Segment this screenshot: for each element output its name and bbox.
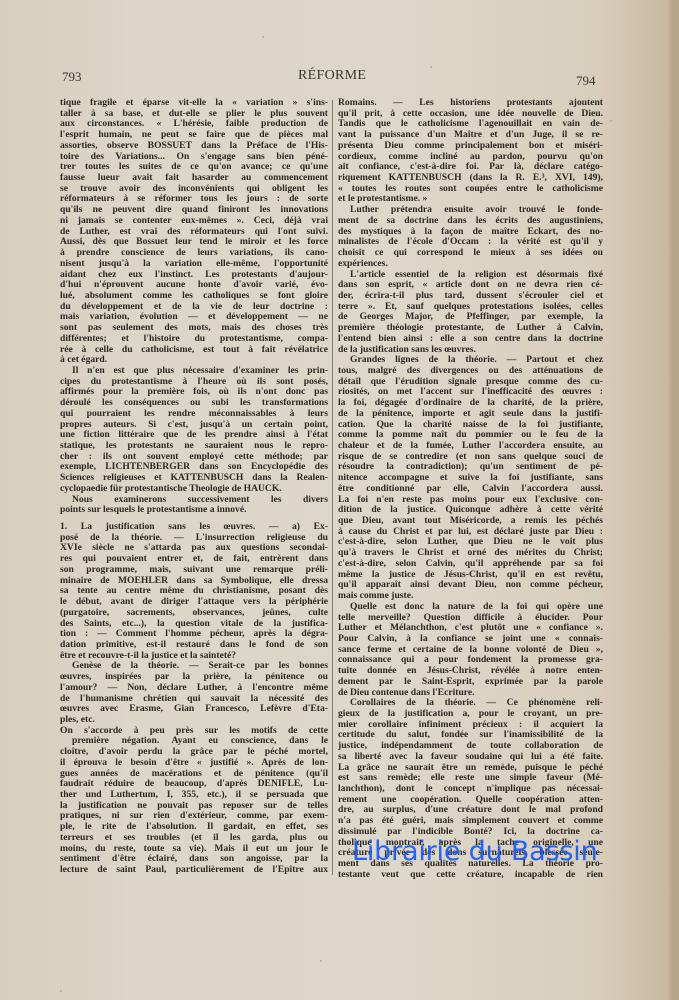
text-line: rée à celle du catholicisme, est tout à … bbox=[60, 345, 328, 356]
text-line: taller à sa base, et dut-elle se plier l… bbox=[60, 109, 328, 120]
text-line: que Dieu, avant tout Miséricorde, a remi… bbox=[338, 516, 603, 527]
text-line: de Dieu contenue dans l'Ecriture. bbox=[338, 688, 603, 699]
text-line: justice, indépendamment de toute collabo… bbox=[338, 741, 603, 752]
text-line: une fiction littéraire que de les prendr… bbox=[60, 430, 328, 441]
text-line: vant la puissance d'un Maître et d'un Ju… bbox=[338, 130, 603, 141]
text-line: ple, le rite de l'absolution. Il gardait… bbox=[60, 822, 328, 833]
page-edge-shadow bbox=[667, 0, 679, 1000]
text-line: Luther prétendra ensuite avoir trouvé le… bbox=[338, 205, 603, 216]
text-line: rement une coopération. Quelle coopérati… bbox=[338, 795, 603, 806]
text-line: ther und Luthertum, I, 355, etc.), il se… bbox=[60, 790, 328, 801]
text-line: ait confiance, c'est-à-dire foi. Par là,… bbox=[338, 162, 603, 173]
text-line: cipes du protestantisme à l'heure où ils… bbox=[60, 377, 328, 388]
text-line: faudrait réduire de beaucoup, d'après DE… bbox=[60, 779, 328, 790]
running-header: 793 RÉFORME 794 bbox=[62, 66, 598, 86]
text-line: et le protestantisme. » bbox=[338, 194, 603, 205]
text-line: On s'accorde à peu près sur les motifs d… bbox=[60, 726, 328, 737]
text-line: expériences. bbox=[338, 259, 603, 270]
text-line: La foi n'en reste pas moins pour eux l'e… bbox=[338, 495, 603, 506]
text-line: Sciences religieuses et KATTENBUSCH dans… bbox=[60, 473, 328, 484]
text-line: choisit ce qui correspond le mieux à ses… bbox=[338, 248, 603, 259]
text-line: La grâce ne saurait être un remède, puis… bbox=[338, 763, 603, 774]
text-line: qui pourraient les rendre méconnaissable… bbox=[60, 409, 328, 420]
text-line: pratiques, ni sur rien d'extérieur, comm… bbox=[60, 811, 328, 822]
text-line: exemple, LICHTENBERGER dans son Encyclop… bbox=[60, 462, 328, 473]
text-line: assorties, observe BOSSUET dans la Préfa… bbox=[60, 141, 328, 152]
text-line: statique, les protestants ne sauraient n… bbox=[60, 441, 328, 452]
page-number-left: 793 bbox=[62, 69, 82, 85]
text-line: cyclopaedie für protestantische Theologi… bbox=[60, 484, 328, 495]
text-line: res qui pouvaient entrer et, de fait, en… bbox=[60, 554, 328, 565]
text-line: Romains. — Les historiens protestants aj… bbox=[338, 98, 603, 109]
paper-speck bbox=[320, 960, 322, 962]
left-column-text: tique fragile et éparse vit-elle la « va… bbox=[60, 98, 328, 876]
text-line: qu'il prit, à cette occasion, une idée n… bbox=[338, 109, 603, 120]
text-line: testante veut que cette créature, incapa… bbox=[338, 870, 603, 881]
text-line: résoudre la contradiction); qu'un sentim… bbox=[338, 462, 603, 473]
text-line: telle merveille? Question difficile à él… bbox=[338, 613, 603, 624]
text-line: être conditionné par elle, Calvin l'acco… bbox=[338, 484, 603, 495]
text-line: gues années de macérations et de péniten… bbox=[60, 769, 328, 780]
text-line: des Saints, etc...), la question vitale … bbox=[60, 619, 328, 630]
text-line: ni jamais se contenter eux-mêmes ». Ceci… bbox=[60, 216, 328, 227]
text-line: toire des Variations... On s'engage sans… bbox=[60, 152, 328, 163]
text-line: affirmés pour la première fois, où ils n… bbox=[60, 387, 328, 398]
paper-speck bbox=[610, 120, 612, 122]
text-line: Grandes lignes de la théorie. — Partout … bbox=[338, 355, 603, 366]
text-line: mier corollaire infiniment précieux : il… bbox=[338, 720, 603, 731]
text-line: risque de se contredire (et non sans que… bbox=[338, 452, 603, 463]
text-line: Pour Calvin, à la confiance se joint une… bbox=[338, 634, 603, 645]
text-line: moins, du reste, toute sa vie). Mais il … bbox=[60, 844, 328, 855]
text-line: l'esprit humain, ne peut se faire que de… bbox=[60, 130, 328, 141]
text-line: dans son esprit, « article dont on ne de… bbox=[338, 280, 603, 291]
text-line: 1. La justification sans les œuvres. — a… bbox=[60, 522, 328, 533]
text-line: qu'il apparaît ainsi devant Dieu, non co… bbox=[338, 580, 603, 591]
text-line: des mystiques à la façon de maître Eckar… bbox=[338, 227, 603, 238]
text-line: de Luther, est vrai des réformateurs qui… bbox=[60, 227, 328, 238]
text-line: est sans remède; elle reste une simple f… bbox=[338, 773, 603, 784]
text-line: aux circonstances. « L'hérésie, faible p… bbox=[60, 119, 328, 130]
text-line: propres auteurs. Si c'est, jusqu'à un ce… bbox=[60, 420, 328, 431]
text-line: tique fragile et éparse vit-elle la « va… bbox=[60, 98, 328, 109]
text-line: première théologie protestante, de Luthe… bbox=[338, 323, 603, 334]
text-line: Nous examinerons successivement les dive… bbox=[60, 495, 328, 506]
text-line: même la justice de Jésus-Christ, qu'il e… bbox=[338, 570, 603, 581]
text-line: lué, absolument comme les catholiques se… bbox=[60, 291, 328, 302]
text-line: certitude du salut, fondée sur l'inamiss… bbox=[338, 730, 603, 741]
paper-speck bbox=[60, 990, 62, 992]
right-column-text: Romains. — Les historiens protestants aj… bbox=[338, 98, 603, 880]
text-line: terreurs et ses troubles (et il les gard… bbox=[60, 833, 328, 844]
paper-speck bbox=[262, 36, 264, 38]
text-line: œuvres, inspirées par la prière, la péni… bbox=[60, 672, 328, 683]
text-line: XVIe siècle ne s'attarda pas aux questio… bbox=[60, 543, 328, 554]
text-line: mais variation, évolution — et développe… bbox=[60, 312, 328, 323]
text-line: nitence accompagne et suive la foi justi… bbox=[338, 473, 603, 484]
text-line: cation. Que la charité naisse de la foi … bbox=[338, 420, 603, 431]
text-line: se trouve avoir des inconvénients qui ob… bbox=[60, 184, 328, 195]
text-line: l'amour? — Non, déclare Luther, à l'enco… bbox=[60, 683, 328, 694]
text-line: nisent jusqu'à la variation elle-même, l… bbox=[60, 259, 328, 270]
text-line: terre ». Et, sauf quelques protestations… bbox=[338, 302, 603, 313]
text-line: réformateurs à se réformer tous les jour… bbox=[60, 194, 328, 205]
text-line: Genèse de la théorie. — Serait-ce par le… bbox=[60, 661, 328, 672]
text-line: points sur lesquels le protestantisme a … bbox=[60, 505, 328, 516]
text-line: sa liberté avec la faveur soudaine qui l… bbox=[338, 752, 603, 763]
text-line: à cause du Christ et par lui, est déclar… bbox=[338, 527, 603, 538]
page-number-right: 794 bbox=[576, 73, 596, 89]
text-line: présenta Dieu comme principalement bon e… bbox=[338, 141, 603, 152]
text-line: ples, etc. bbox=[60, 715, 328, 726]
text-line: L'article essentiel de la religion est d… bbox=[338, 270, 603, 281]
text-line: de l'humanisme chrétien qui sauvait la n… bbox=[60, 694, 328, 705]
text-line: mais comme juste. bbox=[338, 591, 603, 602]
text-line: la foi, dégagée d'ordinaire de la charit… bbox=[338, 398, 603, 409]
text-line: comme la pomme naît du pommier ou le feu… bbox=[338, 430, 603, 441]
text-line: tous, malgré des divergences ou des atté… bbox=[338, 366, 603, 377]
text-line: détail que l'érudition signale presque c… bbox=[338, 377, 603, 388]
text-line: de la pénitence, importe et agit seule d… bbox=[338, 409, 603, 420]
text-line: sentiment d'être éclairé, dans son angoi… bbox=[60, 854, 328, 865]
text-line: Quelle est donc la nature de la foi qui … bbox=[338, 602, 603, 613]
text-line: cloître, d'avoir perdu la grâce par le p… bbox=[60, 747, 328, 758]
text-line: c'est-à-dire, selon Luther, que Dieu ne … bbox=[338, 537, 603, 548]
text-line: Corollaires de la théorie. — Ce phénomèn… bbox=[338, 698, 603, 709]
text-line: son programme, mais, suivant une remarqu… bbox=[60, 565, 328, 576]
text-line: dre, au surplus, d'une créature dont le … bbox=[338, 805, 603, 816]
text-line: à prendre conscience de leurs variations… bbox=[60, 248, 328, 259]
text-line: der, écrira-t-il plus tard, dussent s'éc… bbox=[338, 291, 603, 302]
text-line: le début, avant de diriger l'attaque ver… bbox=[60, 597, 328, 608]
text-line: ment de sa doctrine dans les écrits des … bbox=[338, 216, 603, 227]
text-line: Aussi, dès que Bossuet leur tend le miro… bbox=[60, 237, 328, 248]
text-line: lecture de saint Paul, particulièrement … bbox=[60, 865, 328, 876]
text-line: minaire de MOEHLER dans sa Symbolique, e… bbox=[60, 576, 328, 587]
scanned-book-page: 793 RÉFORME 794 tique fragile et éparse … bbox=[0, 0, 679, 1000]
text-line: c'est-à-dire, selon Calvin, qu'il appréh… bbox=[338, 559, 603, 570]
text-line: (purgatoire, sacrements, observances, je… bbox=[60, 608, 328, 619]
text-line: déroulé les conséquences ou subi les tra… bbox=[60, 398, 328, 409]
text-line: posé de la théorie. — L'insurrection rel… bbox=[60, 533, 328, 544]
text-line: dement par le Saint-Esprit, exprimée par… bbox=[338, 677, 603, 688]
text-line: connaissance qui a pour fondement la pro… bbox=[338, 655, 603, 666]
text-line: la justification ne pouvait pas reposer … bbox=[60, 801, 328, 812]
text-line: de Georges Major, de Pfeffinger, par exe… bbox=[338, 312, 603, 323]
text-line: différentes; et l'histoire du protestant… bbox=[60, 334, 328, 345]
text-line: sa tente au centre même du christianisme… bbox=[60, 586, 328, 597]
text-line: il éprouva le besoin d'être « justifié »… bbox=[60, 758, 328, 769]
text-line: d'hui n'éprouvent aucune honte d'avoir v… bbox=[60, 280, 328, 291]
text-line: œuvres avec Erasme, Gian Francesco, Lefè… bbox=[60, 704, 328, 715]
text-line: sance ferme et certaine de la bonne volo… bbox=[338, 645, 603, 656]
text-line: sont pas seulement des mots, mais des ch… bbox=[60, 323, 328, 334]
column-divider bbox=[332, 100, 333, 875]
text-line: riquement KATTENBUSCH (dans la R. E.³, X… bbox=[338, 173, 603, 184]
text-line: tuite donnée en Jésus-Christ, révélée à … bbox=[338, 666, 603, 677]
text-line: aidant chez eux l'instinct. Les protesta… bbox=[60, 270, 328, 281]
text-line: cordieux, comme incliné au pardon, pourv… bbox=[338, 152, 603, 163]
text-line: du développement et de la vie de leur do… bbox=[60, 302, 328, 313]
text-line: Il n'en est que plus nécessaire d'examin… bbox=[60, 366, 328, 377]
text-line: à cet égard. bbox=[60, 355, 328, 366]
text-line: gieux de la justification a, pour le cro… bbox=[338, 709, 603, 720]
text-line: « toutes les routes sont coupées entre l… bbox=[338, 184, 603, 195]
text-line: chaleur et de la fumée, Luther l'accorde… bbox=[338, 441, 603, 452]
watermark: Librairie du Bassin bbox=[352, 836, 597, 867]
text-line: l'entend bien ainsi : elle a son centre … bbox=[338, 334, 603, 345]
text-line: minalistes de l'école d'Occam : la vérit… bbox=[338, 237, 603, 248]
text-line: riosités, on met l'accent sur l'ineffica… bbox=[338, 387, 603, 398]
text-line: n'a pas été guéri, mais simplement couve… bbox=[338, 816, 603, 827]
text-line: cher : ils ont souvent employé cette mét… bbox=[60, 452, 328, 463]
running-title: RÉFORME bbox=[298, 68, 366, 84]
text-line: qu'à travers le Christ et orné des mérit… bbox=[338, 548, 603, 559]
paper-speck bbox=[430, 66, 432, 68]
text-line: première négation. Ayant eu conscience, … bbox=[60, 736, 328, 747]
text-line: qu'ils ne peuvent dire quand finiront le… bbox=[60, 205, 328, 216]
text-line: lanchthon), dont le concept n'implique p… bbox=[338, 784, 603, 795]
text-line: tion : — Comment l'homme pécheur, après … bbox=[60, 629, 328, 640]
text-line: dition de la justice. Quiconque adhère à… bbox=[338, 505, 603, 516]
text-line: Tandis que le catholicisme l'agenouillai… bbox=[338, 119, 603, 130]
text-line: de la justification sans les œuvres. bbox=[338, 345, 603, 356]
text-line: dation primitive, est-il restauré dans l… bbox=[60, 640, 328, 651]
text-line: être et recouvre-t-il la justice et la s… bbox=[60, 651, 328, 662]
text-line: Luther et Mélanchthon, c'est plutôt une … bbox=[338, 623, 603, 634]
text-line: trer toutes les suites de ce qu'on avanc… bbox=[60, 162, 328, 173]
text-line: fausse lueur avait fait hasarder au comm… bbox=[60, 173, 328, 184]
